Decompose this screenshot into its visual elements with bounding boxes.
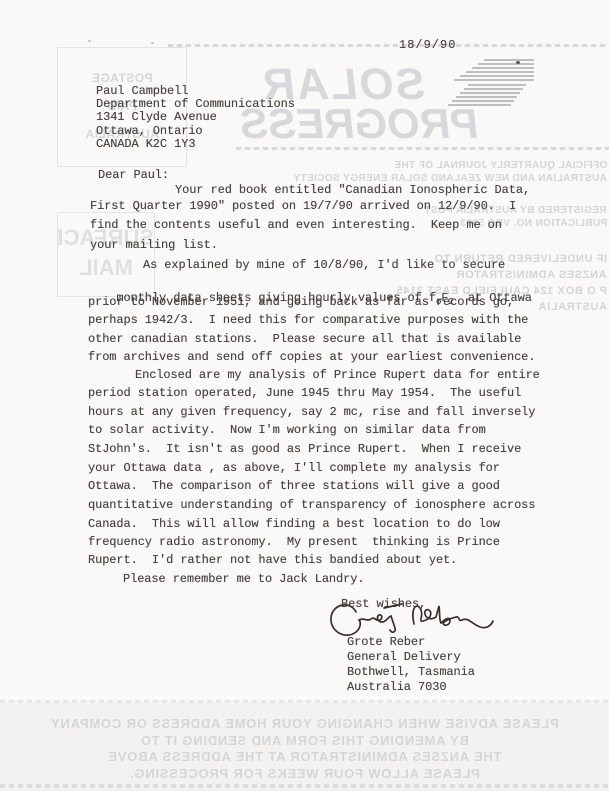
- body-line: period station operated, June 1945 thru …: [88, 386, 521, 400]
- body-line: perhaps 1942/3. I need this for comparat…: [88, 313, 528, 327]
- tape-streak: [236, 147, 609, 150]
- body-line: As explained by mine of 10/8/90, I'd lik…: [143, 258, 505, 272]
- tape-streak: [0, 784, 609, 788]
- body-line: Rupert. I'd rather not have this bandied…: [88, 553, 457, 567]
- body-line: your mailing list.: [90, 238, 218, 252]
- body-line: to solar activity. Now I'm working on si…: [88, 423, 486, 437]
- showthrough-fragment: OFFICIAL QUARTERLY JOURNAL OF THE: [394, 160, 607, 171]
- body-line: Please remember me to Jack Landry.: [123, 572, 364, 586]
- body-line: StJohn's. It isn't as good as Prince Rup…: [88, 442, 521, 456]
- recipient-line: Paul Campbell: [96, 84, 188, 98]
- scanned-letter-page: SOLAR PROGRESS POSTAGE PAID AUSTRALIA: [0, 0, 609, 791]
- tape-streak: [0, 700, 609, 703]
- sender-line: Australia 7030: [347, 680, 446, 694]
- sender-line: Bothwell, Tasmania: [347, 665, 475, 679]
- body-line: prior to November 1951, and going back a…: [88, 295, 514, 309]
- bottom-tint: [0, 703, 609, 791]
- scan-speck: [151, 42, 154, 44]
- body-line: from archives and send off copies at you…: [88, 350, 535, 364]
- salutation: Dear Paul:: [98, 168, 169, 182]
- sender-line: General Delivery: [347, 650, 461, 664]
- body-line: find the contents useful and even intere…: [90, 218, 502, 232]
- showthrough-fragment: AUSTRALIA: [538, 301, 607, 313]
- body-line: First Quarter 1990" posted on 19/7/90 ar…: [90, 199, 516, 213]
- tape-streak: [168, 44, 609, 47]
- recipient-line: Ottawa, Ontario: [96, 124, 203, 138]
- letter-date: 18/9/90: [399, 38, 456, 52]
- body-line: your Ottawa data , as above, I'll comple…: [88, 461, 500, 475]
- recipient-line: Department of Communications: [96, 97, 295, 111]
- swoosh-logo-icon: [448, 57, 536, 109]
- body-line: quantitative understanding of transparen…: [88, 498, 535, 512]
- body-line: Ottawa. The comparison of three stations…: [88, 479, 500, 493]
- body-line: frequency radio astronomy. My present th…: [88, 535, 500, 549]
- handwritten-signature: [326, 598, 506, 648]
- body-line: Canada. This will allow finding a best l…: [88, 517, 500, 531]
- scan-speck: [88, 40, 91, 42]
- recipient-line: 1341 Clyde Avenue: [96, 110, 217, 124]
- recipient-line: CANADA K2C 1Y3: [96, 137, 195, 151]
- body-line: other canadian stations. Please secure a…: [88, 332, 521, 346]
- body-line: Your red book entitled "Canadian Ionosph…: [175, 183, 530, 197]
- ink-speck: [516, 61, 520, 64]
- body-line: Enclosed are my analysis of Prince Ruper…: [135, 368, 540, 382]
- body-line: hours at any given frequency, say 2 mc, …: [88, 405, 535, 419]
